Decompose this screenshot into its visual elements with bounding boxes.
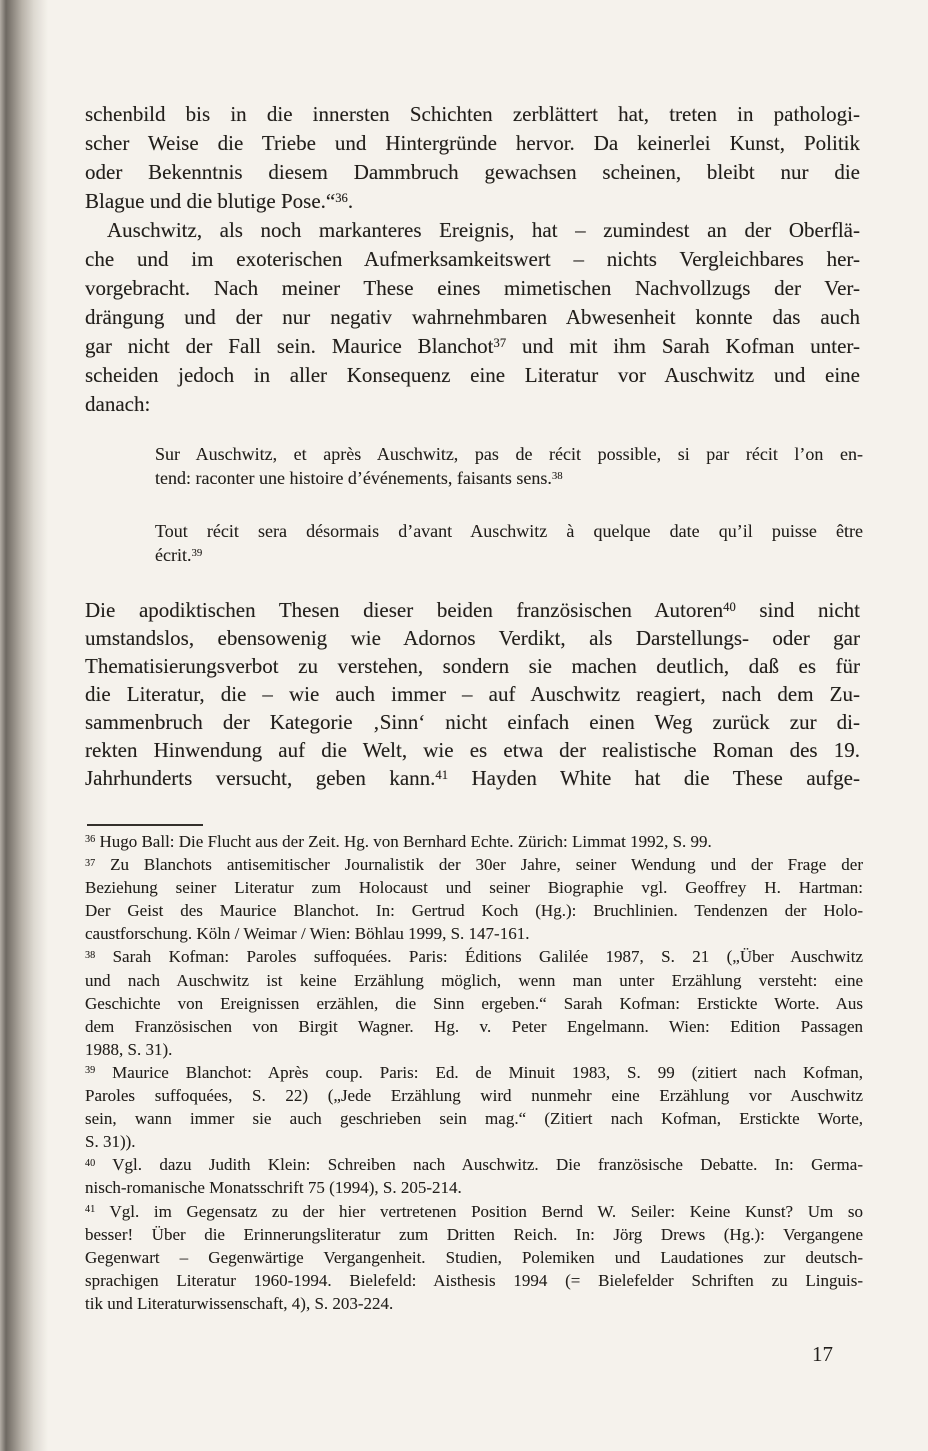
text-line: 41 Vgl. im Gegensatz zu der hier vertret… (85, 1200, 863, 1223)
text-line: Beziehung seiner Literatur zum Holocaust… (85, 876, 863, 899)
footnote-36: 36 Hugo Ball: Die Flucht aus der Zeit. H… (85, 830, 863, 853)
text-line: schenbild bis in die innersten Schichten… (85, 100, 860, 129)
block-quote-1: Sur Auschwitz, et après Auschwitz, pas d… (155, 443, 863, 490)
text-line: sprachigen Literatur 1960-1994. Bielefel… (85, 1269, 863, 1292)
book-page: schenbild bis in die innersten Schichten… (0, 0, 928, 1451)
text-line: 37 Zu Blanchots antisemitischer Journali… (85, 853, 863, 876)
text-line: sammenbruch der Kategorie ‚Sinn‘ nicht e… (85, 708, 860, 736)
text-line: Jahrhunderts versucht, geben kann.41 Hay… (85, 764, 860, 792)
text-line: Gegenwart – Gegenwärtige Vergangenheit. … (85, 1246, 863, 1269)
text-line: die Literatur, die – wie auch immer – au… (85, 680, 860, 708)
text-line: drängung und der nur negativ wahrnehmbar… (85, 303, 860, 332)
text-line: scher Weise die Triebe und Hintergründe … (85, 129, 860, 158)
text-line: Der Geist des Maurice Blanchot. In: Gert… (85, 899, 863, 922)
text-line: und nach Auschwitz ist keine Erzählung m… (85, 969, 863, 992)
text-line: 1988, S. 31). (85, 1038, 863, 1061)
footnote-marker: 40 (85, 1158, 95, 1169)
footnote-marker: 38 (85, 950, 95, 961)
text-line: umstandslos, ebensowenig wie Adornos Ver… (85, 624, 860, 652)
footnote-38: 38 Sarah Kofman: Paroles suffoquées. Par… (85, 945, 863, 1060)
text-line: caustforschung. Köln / Weimar / Wien: Bö… (85, 922, 863, 945)
paragraph: Tout récit sera désormais d’avant Auschw… (155, 520, 863, 567)
paragraph: schenbild bis in die innersten Schichten… (85, 100, 860, 216)
page-number: 17 (812, 1342, 833, 1367)
paragraph: Sur Auschwitz, et après Auschwitz, pas d… (155, 443, 863, 490)
footnote-marker: 39 (85, 1065, 95, 1076)
text-line: gar nicht der Fall sein. Maurice Blancho… (85, 332, 860, 361)
text-line: dem Französischen von Birgit Wagner. Hg.… (85, 1015, 863, 1038)
text-line: Thematisierungsverbot zu verstehen, sond… (85, 652, 860, 680)
footnote-marker: 36 (335, 191, 348, 205)
text-line: nisch-romanische Monatsschrift 75 (1994)… (85, 1176, 863, 1199)
text-line: Tout récit sera désormais d’avant Auschw… (155, 520, 863, 544)
text-line: danach: (85, 390, 860, 419)
text-line: rekten Hinwendung auf die Welt, wie es e… (85, 736, 860, 764)
scan-edge-shadow (0, 0, 48, 1451)
text-line: vorgebracht. Nach meiner These eines mim… (85, 274, 860, 303)
footnote-marker: 37 (85, 858, 95, 869)
text-line: che und im exoterischen Aufmerksamkeitsw… (85, 245, 860, 274)
closing-paragraph: Die apodiktischen Thesen dieser beiden f… (85, 596, 860, 792)
text-line: Sur Auschwitz, et après Auschwitz, pas d… (155, 443, 863, 467)
footnote-40: 40 Vgl. dazu Judith Klein: Schreiben nac… (85, 1153, 863, 1199)
text-line: scheiden jedoch in aller Konsequenz eine… (85, 361, 860, 390)
footnote-marker: 38 (552, 470, 563, 482)
footnote-39: 39 Maurice Blanchot: Après coup. Paris: … (85, 1061, 863, 1153)
text-line: 36 Hugo Ball: Die Flucht aus der Zeit. H… (85, 830, 863, 853)
text-line: oder Bekenntnis diesem Dammbruch gewachs… (85, 158, 860, 187)
text-line: tend: raconter une histoire d’événements… (155, 467, 863, 491)
footnote-marker: 36 (85, 834, 95, 845)
text-line: Paroles suffoquées, S. 22) („Jede Erzähl… (85, 1084, 863, 1107)
footnotes-section: 36 Hugo Ball: Die Flucht aus der Zeit. H… (85, 830, 863, 1315)
text-line: S. 31)). (85, 1130, 863, 1153)
text-line: besser! Über die Erinnerungsliteratur zu… (85, 1223, 863, 1246)
text-line: Die apodiktischen Thesen dieser beiden f… (85, 596, 860, 624)
footnote-37: 37 Zu Blanchots antisemitischer Journali… (85, 853, 863, 945)
footnote-marker: 40 (723, 600, 736, 614)
text-line: 39 Maurice Blanchot: Après coup. Paris: … (85, 1061, 863, 1084)
paragraph: Die apodiktischen Thesen dieser beiden f… (85, 596, 860, 792)
body-text: schenbild bis in die innersten Schichten… (85, 100, 860, 419)
text-line: écrit.39 (155, 544, 863, 568)
text-line: 38 Sarah Kofman: Paroles suffoquées. Par… (85, 945, 863, 968)
text-line: sein, wann immer sie auch geschrieben se… (85, 1107, 863, 1130)
text-line: Blague und die blutige Pose.“36. (85, 187, 860, 216)
footnote-marker: 41 (85, 1204, 95, 1215)
footnote-marker: 37 (494, 336, 507, 350)
block-quote-2: Tout récit sera désormais d’avant Auschw… (155, 520, 863, 567)
text-line: 40 Vgl. dazu Judith Klein: Schreiben nac… (85, 1153, 863, 1176)
text-line: Geschichte von Ereignissen erzählen, die… (85, 992, 863, 1015)
text-line: Auschwitz, als noch markanteres Ereignis… (85, 216, 860, 245)
footnote-separator (87, 824, 203, 826)
footnote-41: 41 Vgl. im Gegensatz zu der hier vertret… (85, 1200, 863, 1315)
paragraph: Auschwitz, als noch markanteres Ereignis… (85, 216, 860, 419)
footnote-marker: 39 (191, 547, 202, 559)
footnote-marker: 41 (435, 768, 448, 782)
text-line: tik und Literaturwissenschaft, 4), S. 20… (85, 1292, 863, 1315)
